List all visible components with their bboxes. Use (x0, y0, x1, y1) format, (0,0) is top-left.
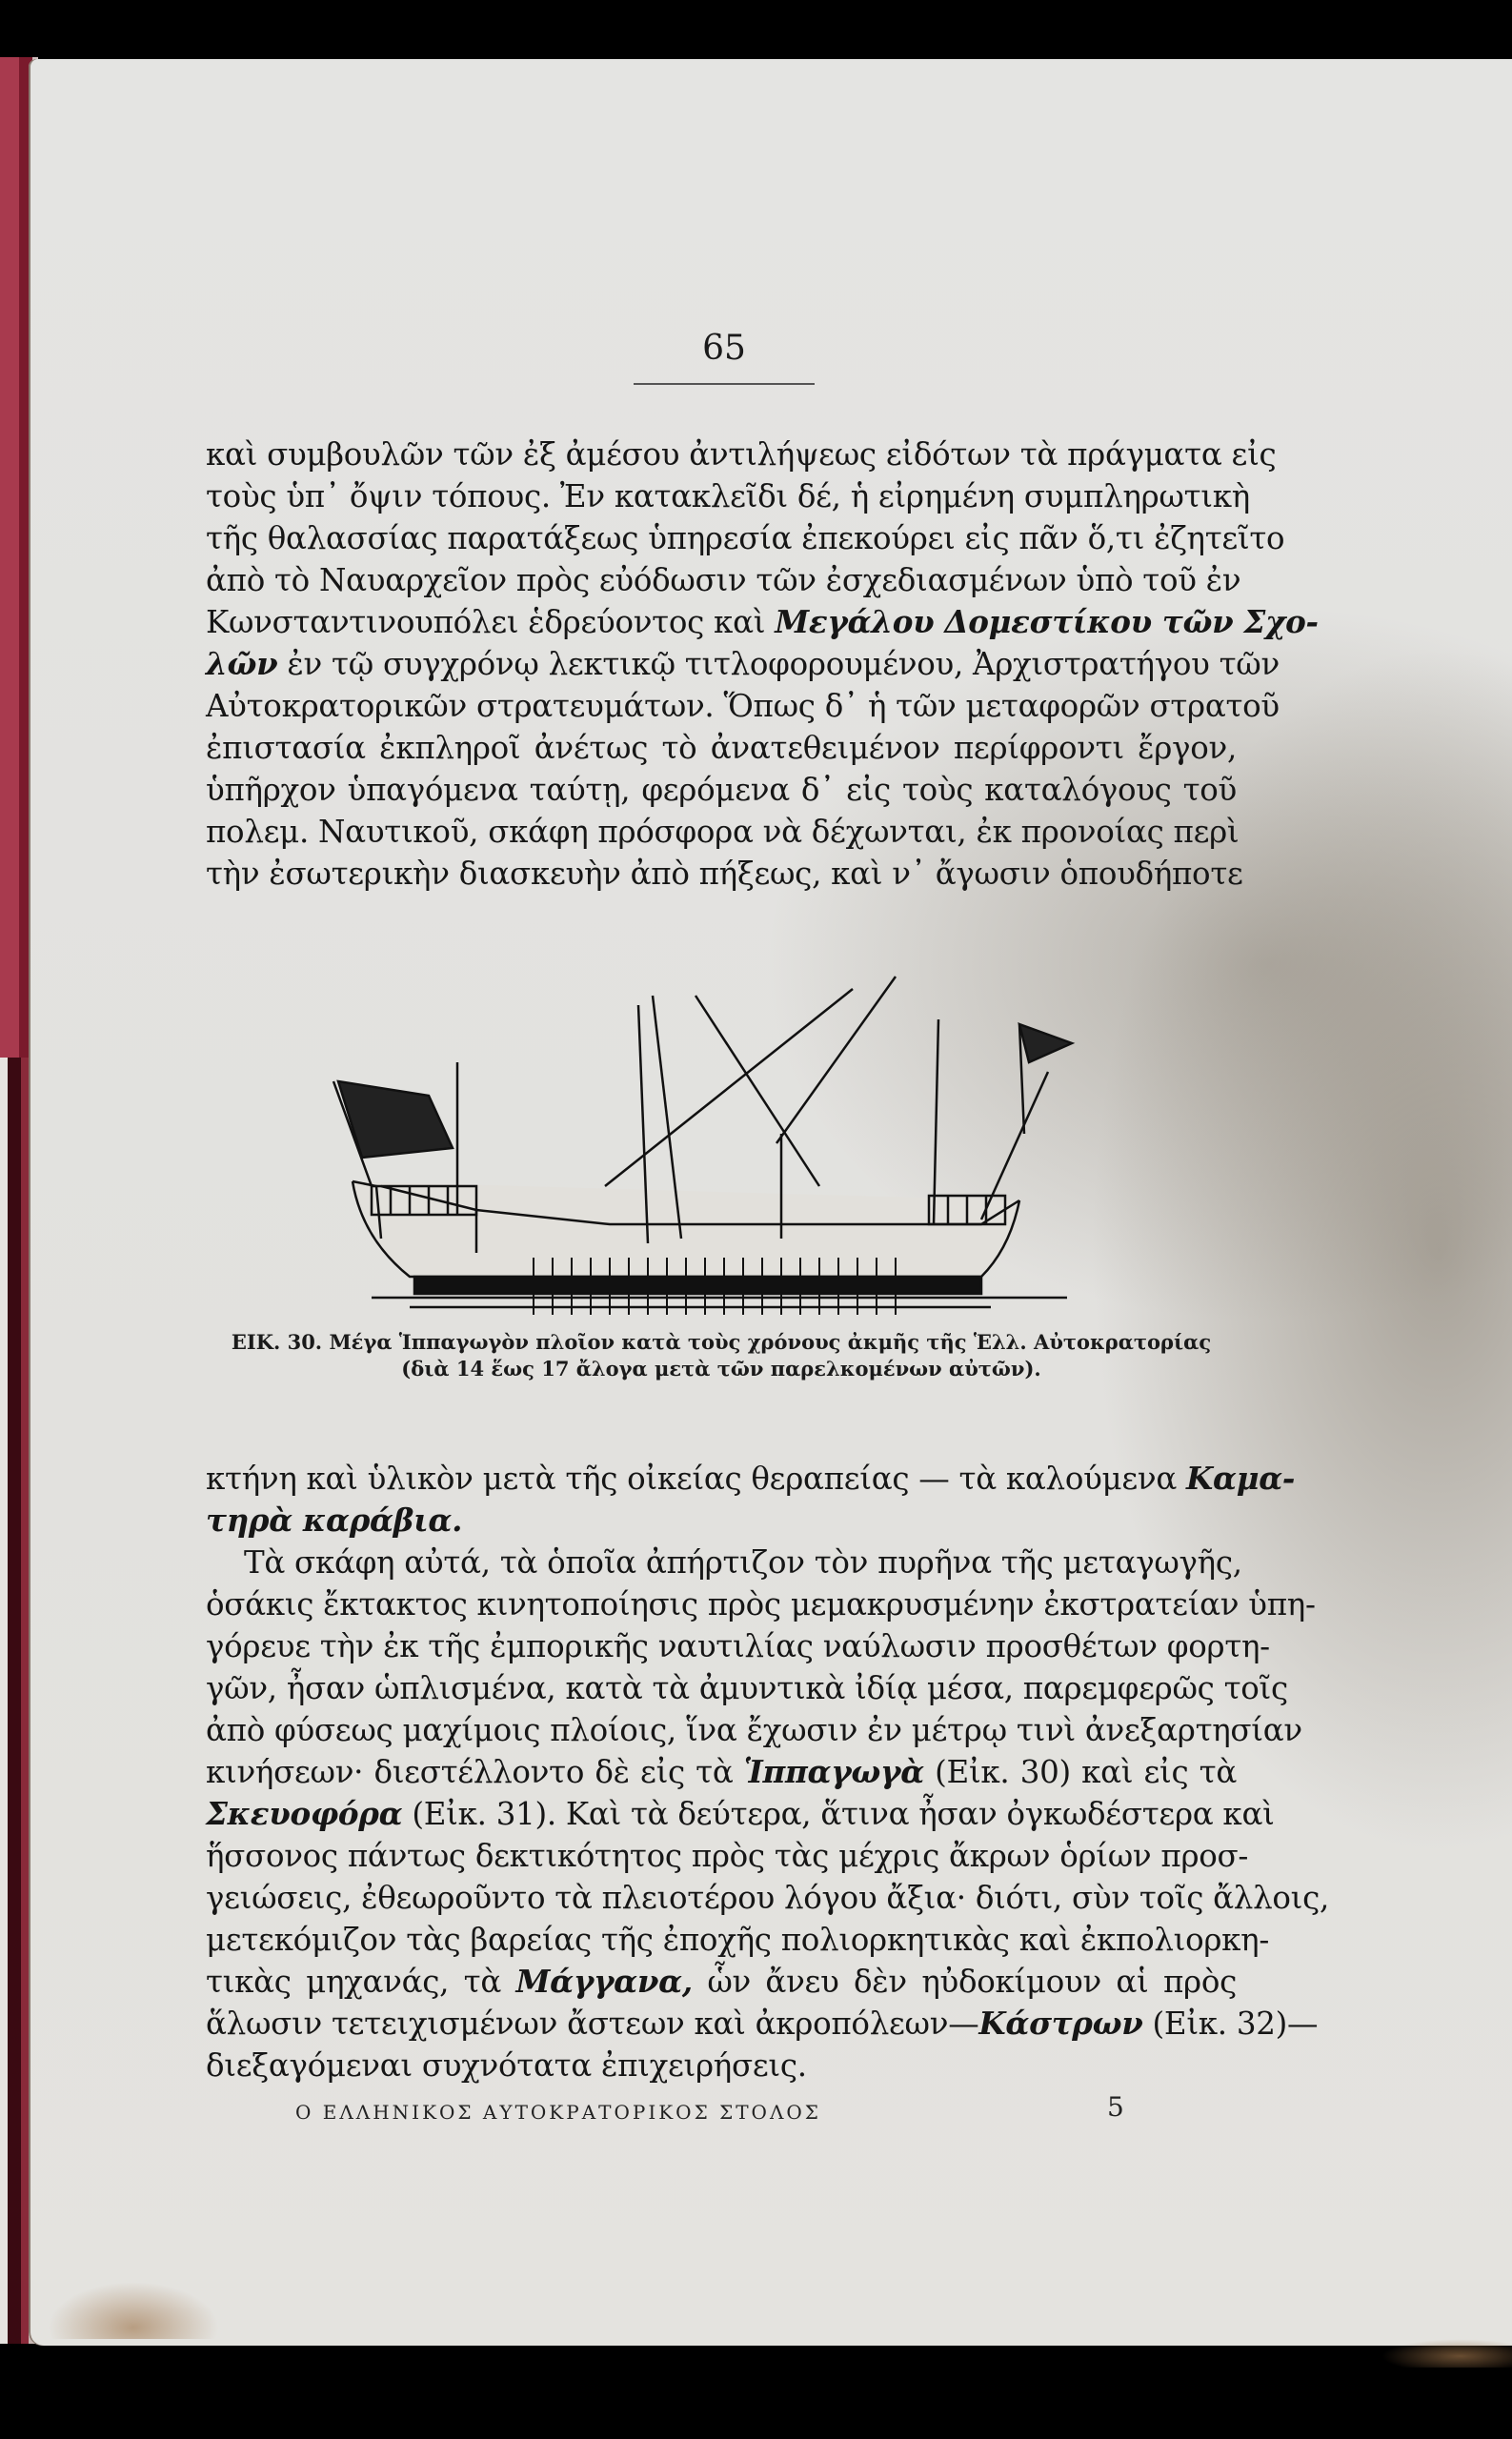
paragraph-1: καὶ συμβουλῶν τῶν ἐξ ἀμέσου ἀντιλήψεως ε… (206, 433, 1237, 895)
text-line: ἥσσονος πάντως δεκτικότητος πρὸς τὰς μέχ… (206, 1835, 1237, 1877)
text-line: κινήσεων· διεστέλλοντο δὲ εἰς τὰ Ἱππαγωγ… (206, 1751, 1237, 1793)
ship-illustration (324, 953, 1162, 1315)
signature-mark: 5 (1107, 2091, 1124, 2123)
text-span: κινήσεων· διεστέλλοντο δὲ εἰς τὰ (206, 1754, 744, 1790)
bold-term: Μεγάλου Δομεστίκου τῶν Σχο- (775, 603, 1319, 640)
text-line: λῶν ἐν τῷ συγχρόνῳ λεκτικῷ τιτλοφορουμέν… (206, 643, 1237, 685)
bold-term: Καμα- (1186, 1460, 1295, 1497)
text-line: ἅλωσιν τετειχισμένων ἄστεων καὶ ἀκροπόλε… (206, 2003, 1237, 2045)
text-span: (Εἰκ. 30) καὶ εἰς τὰ (924, 1754, 1237, 1790)
text-line: τὴν ἐσωτερικὴν διασκευὴν ἀπὸ πήξεως, καὶ… (206, 853, 1237, 895)
text-line: τικὰς μηχανάς, τὰ Μάγγανα, ὧν ἄνευ δὲν η… (206, 1961, 1237, 2003)
text-line: τοὺς ὑπ᾽ ὄψιν τόπους. Ἐν κατακλεῖδι δέ, … (206, 475, 1237, 517)
bold-term: λῶν (206, 645, 277, 682)
text-line: γῶν, ἦσαν ὡπλισμένα, κατὰ τὰ ἀμυντικὰ ἰδ… (206, 1667, 1237, 1709)
text-line: διεξαγόμεναι συχνότατα ἐπιχειρήσεις. (206, 2045, 1237, 2086)
caption-text: Μέγα Ἱππαγωγὸν πλοῖον κατὰ τοὺς χρόνους … (329, 1330, 1211, 1354)
bold-term: Μάγγανα, (515, 1963, 692, 2000)
ship-drawing-icon (324, 953, 1162, 1315)
text-line: γόρευε τὴν ἐκ τῆς ἐμπορικῆς ναυτιλίας να… (206, 1625, 1237, 1667)
text-span: ἐν τῷ συγχρόνῳ λεκτικῷ τιτλοφορουμένου, … (287, 646, 1280, 682)
paragraph-2: κτήνη καὶ ὑλικὸν μετὰ τῆς οἰκείας θεραπε… (206, 1458, 1237, 2086)
text-line: Κωνσταντινουπόλει ἑδρεύοντος καὶ Μεγάλου… (206, 601, 1237, 643)
text-span: ὧν ἄνευ δὲν ηὐδοκίμουν αἱ πρὸς (693, 1964, 1237, 2000)
text-span: Κωνσταντινουπόλει ἑδρεύοντος καὶ (206, 604, 775, 640)
text-line: Τὰ σκάφη αὐτά, τὰ ὁποῖα ἀπήρτιζον τὸν πυ… (206, 1542, 1237, 1583)
text-line: ἀπὸ τὸ Ναυαρχεῖον πρὸς εὐόδωσιν τῶν ἐσχε… (206, 559, 1237, 601)
text-span: κτήνη καὶ ὑλικὸν μετὰ τῆς οἰκείας θεραπε… (206, 1461, 1186, 1497)
text-line: ἀπὸ φύσεως μαχίμοις πλοίοις, ἵνα ἔχωσιν … (206, 1709, 1237, 1751)
text-line: κτήνη καὶ ὑλικὸν μετὰ τῆς οἰκείας θεραπε… (206, 1458, 1237, 1500)
text-line: τῆς θαλασσίας παρατάξεως ὑπηρεσία ἐπεκού… (206, 517, 1237, 559)
page-number: 65 (634, 329, 815, 368)
text-span: ἅλωσιν τετειχισμένων ἄστεων καὶ ἀκροπόλε… (206, 2006, 978, 2042)
bold-term: Ἱππαγωγὰ (744, 1753, 924, 1790)
text-line: πολεμ. Ναυτικοῦ, σκάφη πρόσφορα νὰ δέχων… (206, 811, 1237, 853)
page-stain (1381, 2339, 1512, 2368)
text-line: ὑπῆρχον ὑπαγόμενα ταύτῃ, φερόμενα δ᾽ εἰς… (206, 769, 1237, 811)
caption-line: (διὰ 14 ἕως 17 ἄλογα μετὰ τῶν παρελκομέν… (206, 1356, 1237, 1382)
text-line: καὶ συμβουλῶν τῶν ἐξ ἀμέσου ἀντιλήψεως ε… (206, 433, 1237, 475)
figure-label: ΕΙΚ. 30. (232, 1330, 322, 1354)
caption-line: ΕΙΚ. 30. Μέγα Ἱππαγωγὸν πλοῖον κατὰ τοὺς… (206, 1329, 1237, 1356)
text-span: (Εἰκ. 32)— (1143, 2006, 1319, 2042)
page-stain (48, 2282, 219, 2339)
bold-term: Κάστρων (978, 2005, 1142, 2042)
text-line: ὁσάκις ἔκτακτος κινητοποίησις πρὸς μεμακ… (206, 1583, 1237, 1625)
bold-term: Σκευοφόρα (206, 1795, 402, 1832)
text-span: (Εἰκ. 31). Καὶ τὰ δεύτερα, ἅτινα ἦσαν ὀγ… (402, 1796, 1274, 1832)
text-line: τηρὰ καράβια. (206, 1500, 1237, 1542)
bold-term: τηρὰ καράβια. (206, 1502, 462, 1539)
text-line: Αὐτοκρατορικῶν στρατευμάτων. Ὅπως δ᾽ ἡ τ… (206, 685, 1237, 727)
text-line: Σκευοφόρα (Εἰκ. 31). Καὶ τὰ δεύτερα, ἅτι… (206, 1793, 1237, 1835)
page-number-rule (634, 383, 815, 385)
text-line: μετεκόμιζον τὰς βαρείας τῆς ἐποχῆς πολιο… (206, 1919, 1237, 1961)
text-span: τικὰς μηχανάς, τὰ (206, 1964, 515, 2000)
figure-caption: ΕΙΚ. 30. Μέγα Ἱππαγωγὸν πλοῖον κατὰ τοὺς… (206, 1329, 1237, 1382)
text-line: ἐπιστασία ἐκπληροῖ ἀνέτως τὸ ἀνατεθειμέν… (206, 727, 1237, 769)
text-line: γειώσεις, ἐθεωροῦντο τὰ πλειοτέρου λόγου… (206, 1877, 1237, 1919)
running-footer: Ο ΕΛΛΗΝΙΚΟΣ ΑΥΤΟΚΡΑΤΟΡΙΚΟΣ ΣΤΟΛΟΣ (295, 2101, 821, 2124)
